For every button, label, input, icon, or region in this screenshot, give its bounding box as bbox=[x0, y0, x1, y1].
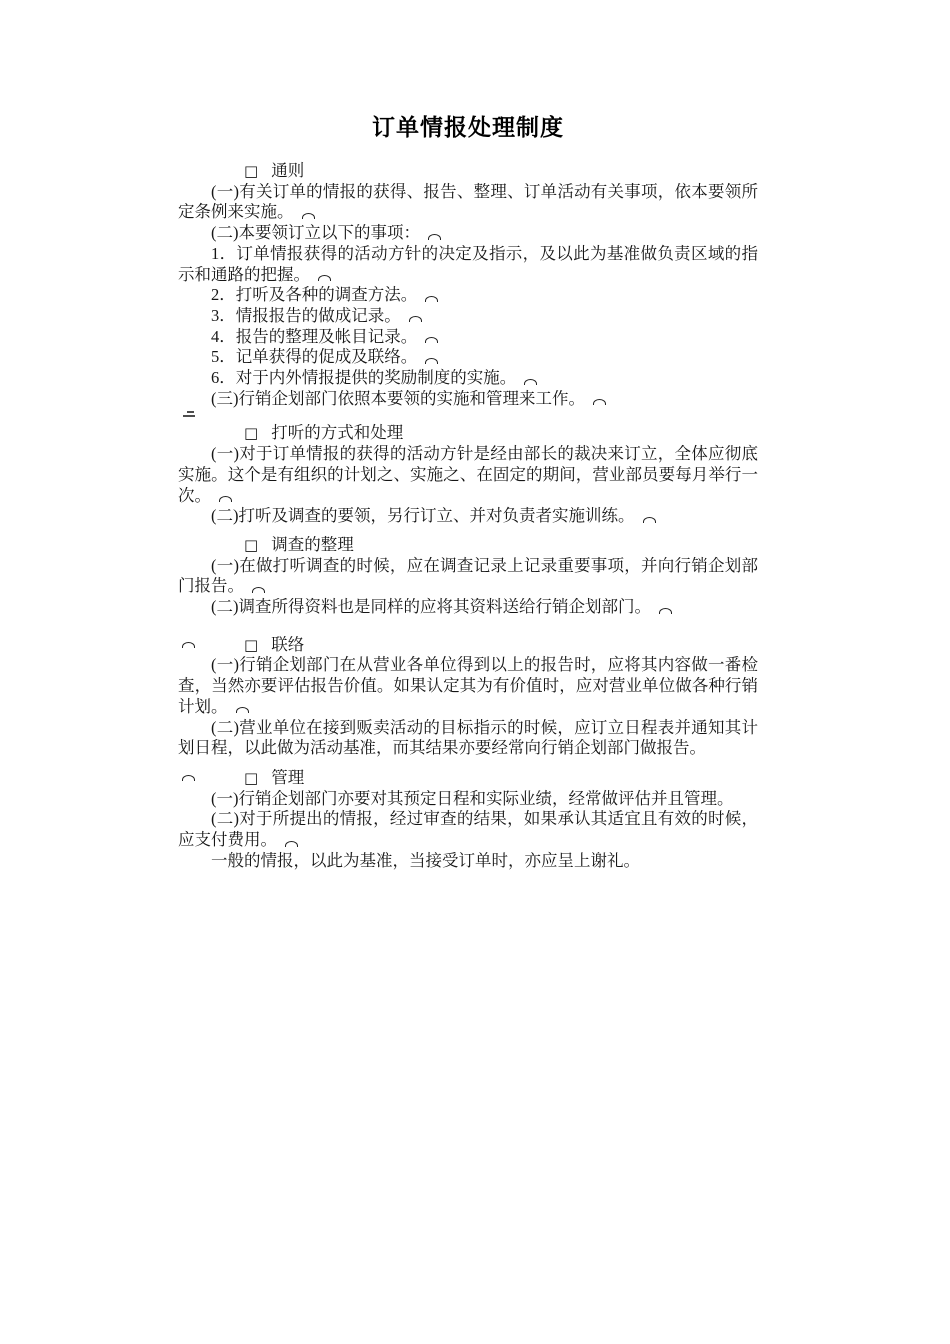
paragraph-text: (三)行销企划部门依照本要领的实施和管理来工作。 bbox=[211, 389, 585, 408]
paragraph-text: (二)本要领订立以下的事项： bbox=[211, 223, 420, 242]
arc-mark-icon bbox=[302, 213, 315, 219]
paragraph: (二)打听及调查的要领，另行订立、并对负责者实施训练。 bbox=[178, 506, 758, 527]
paragraph: (二)营业单位在接到贩卖活动的目标指示的时候，应订立日程表并通知其计划日程，以此… bbox=[178, 718, 758, 759]
paragraph: (一)行销企划部门亦要对其预定日程和实际业绩，经常做评估并且管理。 bbox=[178, 789, 758, 810]
section-general-rules: □通则 (一)有关订单的情报的获得、报告、整理、订单活动有关事项，依本要领所定条… bbox=[178, 161, 758, 409]
paragraph-text: (一)对于订单情报的获得的活动方针是经由部长的裁决来订立，全体应彻底实施。这个是… bbox=[178, 444, 758, 504]
paragraph: (二)本要领订立以下的事项： bbox=[178, 223, 758, 244]
paragraph: (一)有关订单的情报的获得、报告、整理、订单活动有关事项，依本要领所定条例来实施… bbox=[178, 182, 758, 223]
heading-label: 调查的整理 bbox=[271, 535, 354, 554]
paragraph: 5．记单获得的促成及联络。 bbox=[178, 347, 758, 368]
section-survey-organizing: □调查的整理 (一)在做打听调查的时候，应在调查记录上记录重要事项，并向行销企划… bbox=[178, 535, 758, 618]
arc-mark-icon bbox=[182, 642, 195, 648]
paragraph-text: (二)营业单位在接到贩卖活动的目标指示的时候，应订立日程表并通知其计划日程，以此… bbox=[178, 718, 758, 758]
document-title: 订单情报处理制度 bbox=[178, 114, 758, 141]
section-heading: □调查的整理 bbox=[178, 535, 758, 556]
paragraph: 1．订单情报获得的活动方针的决定及指示，及以此为基准做负责区域的指示和通路的把握… bbox=[178, 244, 758, 285]
square-bullet-icon: □ bbox=[211, 161, 258, 182]
paragraph-text: 6．对于内外情报提供的奖励制度的实施。 bbox=[211, 368, 516, 387]
arc-mark-icon bbox=[425, 358, 438, 364]
paragraph-text: 3．情报报告的做成记录。 bbox=[211, 306, 401, 325]
paragraph-text: (一)行销企划部门在从营业各单位得到以上的报告时，应将其内容做一番检查，当然亦要… bbox=[178, 655, 758, 715]
heading-label: 联络 bbox=[271, 635, 304, 654]
arc-mark-icon bbox=[409, 316, 422, 322]
paragraph-text: 一般的情报，以此为基准，当接受订单时，亦应呈上谢礼。 bbox=[211, 851, 640, 870]
paragraph: 4．报告的整理及帐目记录。 bbox=[178, 327, 758, 348]
square-bullet-icon: □ bbox=[211, 535, 258, 556]
section-heading: □联络 bbox=[178, 635, 758, 656]
paragraph: 2．打听及各种的调查方法。 bbox=[178, 285, 758, 306]
square-bullet-icon: □ bbox=[211, 423, 258, 444]
section-management: □管理 (一)行销企划部门亦要对其预定日程和实际业绩，经常做评估并且管理。 (二… bbox=[178, 768, 758, 872]
paragraph: (一)对于订单情报的获得的活动方针是经由部长的裁决来订立，全体应彻底实施。这个是… bbox=[178, 444, 758, 506]
arc-mark-icon bbox=[659, 608, 672, 614]
arc-mark-icon bbox=[182, 775, 195, 781]
paragraph-text: (二)打听及调查的要领，另行订立、并对负责者实施训练。 bbox=[211, 506, 635, 525]
section-inquiry-method: □打听的方式和处理 (一)对于订单情报的获得的活动方针是经由部长的裁决来订立，全… bbox=[178, 423, 758, 527]
paragraph-text: (一)在做打听调查的时候，应在调查记录上记录重要事项，并向行销企划部门报告。 bbox=[178, 556, 758, 596]
paragraph-text: 1．订单情报获得的活动方针的决定及指示，及以此为基准做负责区域的指示和通路的把握… bbox=[178, 244, 758, 284]
arc-mark-icon bbox=[425, 296, 438, 302]
paragraph: 3．情报报告的做成记录。 bbox=[178, 306, 758, 327]
paragraph-text: (二)对于所提出的情报，经过审查的结果，如果承认其适宜且有效的时候，应支付费用。 bbox=[178, 809, 758, 849]
heading-label: 管理 bbox=[271, 768, 304, 787]
document-content: 订单情报处理制度 □通则 (一)有关订单的情报的获得、报告、整理、订单活动有关事… bbox=[178, 114, 758, 872]
square-bullet-icon: □ bbox=[211, 635, 258, 656]
square-bullet-icon: □ bbox=[211, 768, 258, 789]
section-liaison: □联络 (一)行销企划部门在从营业各单位得到以上的报告时，应将其内容做一番检查，… bbox=[178, 635, 758, 759]
paragraph: (二)对于所提出的情报，经过审查的结果，如果承认其适宜且有效的时候，应支付费用。 bbox=[178, 809, 758, 850]
paragraph-text: (二)调查所得资料也是同样的应将其资料送给行销企划部门。 bbox=[211, 597, 651, 616]
arc-mark-icon bbox=[236, 707, 249, 713]
arc-mark-icon bbox=[252, 587, 265, 593]
arc-mark-icon bbox=[219, 496, 232, 502]
arc-mark-icon bbox=[318, 275, 331, 281]
section-heading: □打听的方式和处理 bbox=[178, 423, 758, 444]
paragraph: 6．对于内外情报提供的奖励制度的实施。 bbox=[178, 368, 758, 389]
section-heading: □管理 bbox=[178, 768, 758, 789]
double-dash-mark bbox=[178, 409, 758, 423]
paragraph: (一)在做打听调查的时候，应在调查记录上记录重要事项，并向行销企划部门报告。 bbox=[178, 556, 758, 597]
paragraph: (二)调查所得资料也是同样的应将其资料送给行销企划部门。 bbox=[178, 597, 758, 618]
document-page: 订单情报处理制度 □通则 (一)有关订单的情报的获得、报告、整理、订单活动有关事… bbox=[0, 0, 950, 1344]
paragraph: 一般的情报，以此为基准，当接受订单时，亦应呈上谢礼。 bbox=[178, 851, 758, 872]
arc-mark-icon bbox=[593, 399, 606, 405]
paragraph: (一)行销企划部门在从营业各单位得到以上的报告时，应将其内容做一番检查，当然亦要… bbox=[178, 655, 758, 717]
paragraph-text: 4．报告的整理及帐目记录。 bbox=[211, 327, 417, 346]
arc-mark-icon bbox=[643, 517, 656, 523]
section-heading: □通则 bbox=[178, 161, 758, 182]
paragraph-text: (一)行销企划部门亦要对其预定日程和实际业绩，经常做评估并且管理。 bbox=[211, 789, 734, 808]
paragraph: (三)行销企划部门依照本要领的实施和管理来工作。 bbox=[178, 389, 758, 410]
heading-label: 打听的方式和处理 bbox=[271, 423, 403, 442]
paragraph-text: 5．记单获得的促成及联络。 bbox=[211, 347, 417, 366]
arc-mark-icon bbox=[524, 379, 537, 385]
arc-mark-icon bbox=[285, 841, 298, 847]
heading-label: 通则 bbox=[271, 161, 304, 180]
paragraph-text: 2．打听及各种的调查方法。 bbox=[211, 285, 417, 304]
paragraph-text: (一)有关订单的情报的获得、报告、整理、订单活动有关事项，依本要领所定条例来实施… bbox=[178, 182, 758, 222]
arc-mark-icon bbox=[425, 337, 438, 343]
arc-mark-icon bbox=[428, 234, 441, 240]
